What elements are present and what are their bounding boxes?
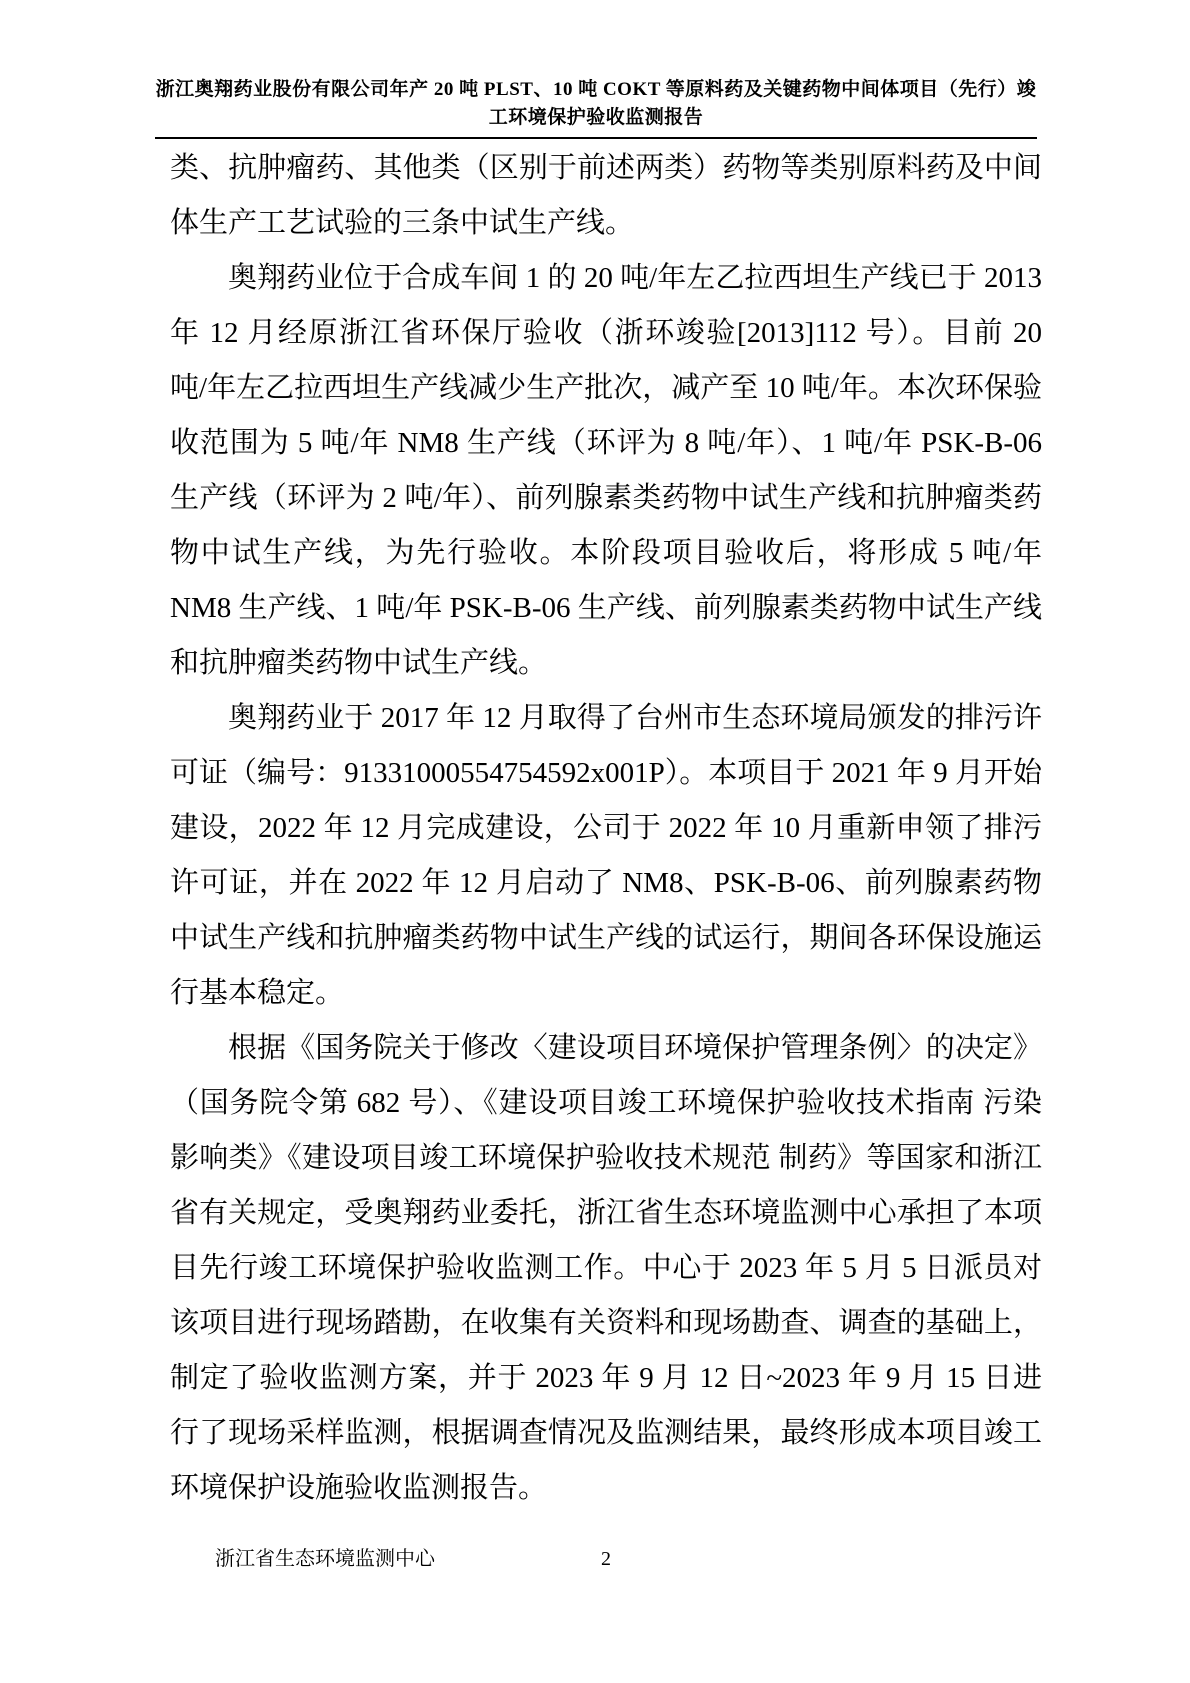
body-paragraph: 奥翔药业位于合成车间 1 的 20 吨/年左乙拉西坦生产线已于 2013 年 1… [170,251,1042,691]
page-header: 浙江奥翔药业股份有限公司年产 20 吨 PLST、10 吨 COKT 等原料药及… [155,76,1037,139]
page-footer: 浙江省生态环境监测中心 2 [170,1545,1042,1575]
body-paragraph: 根据《国务院关于修改〈建设项目环境保护管理条例〉的决定》（国务院令第 682 号… [170,1021,1042,1516]
header-title: 浙江奥翔药业股份有限公司年产 20 吨 PLST、10 吨 COKT 等原料药及… [155,76,1037,132]
body-paragraph: 奥翔药业于 2017 年 12 月取得了台州市生态环境局颁发的排污许可证（编号：… [170,691,1042,1021]
page-number: 2 [170,1545,1042,1573]
document-body: 类、抗肿瘤药、其他类（区别于前述两类）药物等类别原料药及中间体生产工艺试验的三条… [170,141,1042,1516]
body-paragraph: 类、抗肿瘤药、其他类（区别于前述两类）药物等类别原料药及中间体生产工艺试验的三条… [170,141,1042,251]
document-page: 浙江奥翔药业股份有限公司年产 20 吨 PLST、10 吨 COKT 等原料药及… [0,0,1190,1683]
